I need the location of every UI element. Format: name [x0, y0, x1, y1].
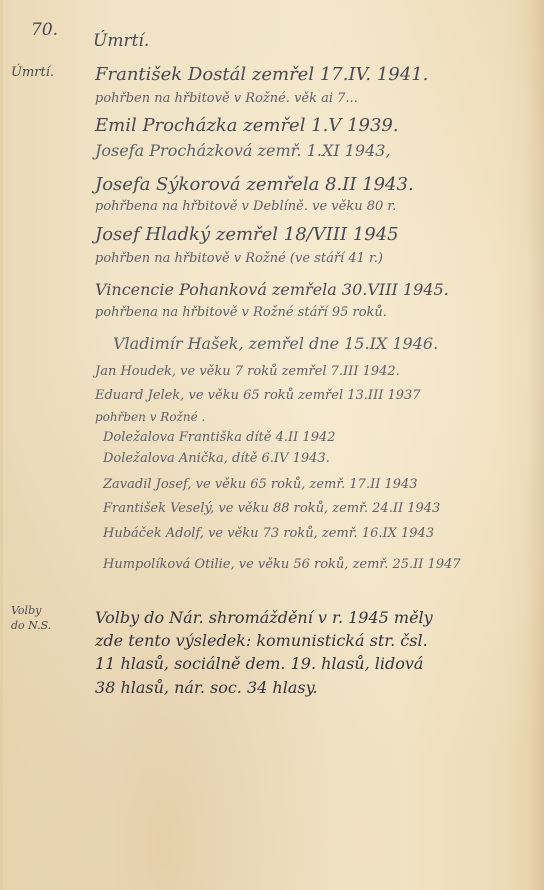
death-entry-8: Jan Houdek, ve věku 7 roků zemřel 7.III … — [95, 365, 400, 378]
death-entry-3: Josefa Procházková zemř. 1.XI 1943, — [95, 143, 391, 159]
death-entry-15: Humpolíková Otilie, ve věku 56 roků, zem… — [103, 558, 461, 571]
death-entry-4-line2: pohřbena na hřbitově v Deblíně. ve věku … — [95, 200, 396, 213]
death-entry-5-line2: pohřben na hřbitově v Rožné (ve stáří 41… — [95, 252, 383, 265]
margin-label-deaths: Úmrtí. — [11, 66, 54, 79]
death-entry-13: František Veselý, ve věku 88 roků, zemř.… — [103, 502, 440, 515]
death-entry-5-line1: Josef Hladký zemřel 18/VIII 1945 — [95, 226, 399, 244]
elections-line-1: Volby do Nár. shromáždění v r. 1945 měly — [95, 610, 433, 626]
document-page: 70. Úmrtí. Úmrtí. František Dostál zemře… — [0, 0, 544, 890]
death-entry-1-line1: František Dostál zemřel 17.IV. 1941. — [95, 66, 428, 84]
elections-line-4: 38 hlasů, nár. soc. 34 hlasy. — [95, 680, 318, 696]
death-entry-2: Emil Procházka zemřel 1.V 1939. — [95, 117, 399, 135]
death-entry-14: Hubáček Adolf, ve věku 73 roků, zemř. 16… — [103, 527, 434, 540]
death-entry-6-line2: pohřbena na hřbitově v Rožné stáří 95 ro… — [95, 306, 387, 319]
page-heading: Úmrtí. — [93, 33, 149, 50]
margin-label-elections-line1: Volby — [11, 604, 51, 619]
page-edge-shadow — [526, 0, 544, 890]
death-entry-9-line2: pohřben v Rožné . — [95, 411, 205, 423]
page-number: 70. — [31, 22, 58, 39]
elections-line-2: zde tento výsledek: komunistická str. čs… — [95, 633, 428, 649]
margin-label-elections: Volby do N.S. — [11, 604, 51, 634]
death-entry-6-line1: Vincencie Pohanková zemřela 30.VIII 1945… — [95, 282, 449, 298]
death-entry-9-line1: Eduard Jelek, ve věku 65 roků zemřel 13.… — [95, 389, 421, 402]
death-entry-11: Doležalova Anička, dítě 6.IV 1943. — [103, 452, 330, 465]
margin-label-elections-line2: do N.S. — [11, 619, 51, 634]
death-entry-7: Vladimír Hašek, zemřel dne 15.IX 1946. — [113, 336, 438, 352]
death-entry-10: Doležalova Františka dítě 4.II 1942 — [103, 431, 336, 444]
death-entry-1-line2: pohřben na hřbitově v Rožné. věk ai 7... — [95, 92, 358, 105]
death-entry-12: Zavadil Josef, ve věku 65 roků, zemř. 17… — [103, 478, 418, 491]
elections-line-3: 11 hlasů, sociálně dem. 19. hlasů, lidov… — [95, 656, 423, 672]
death-entry-4-line1: Josefa Sýkorová zemřela 8.II 1943. — [95, 176, 414, 194]
